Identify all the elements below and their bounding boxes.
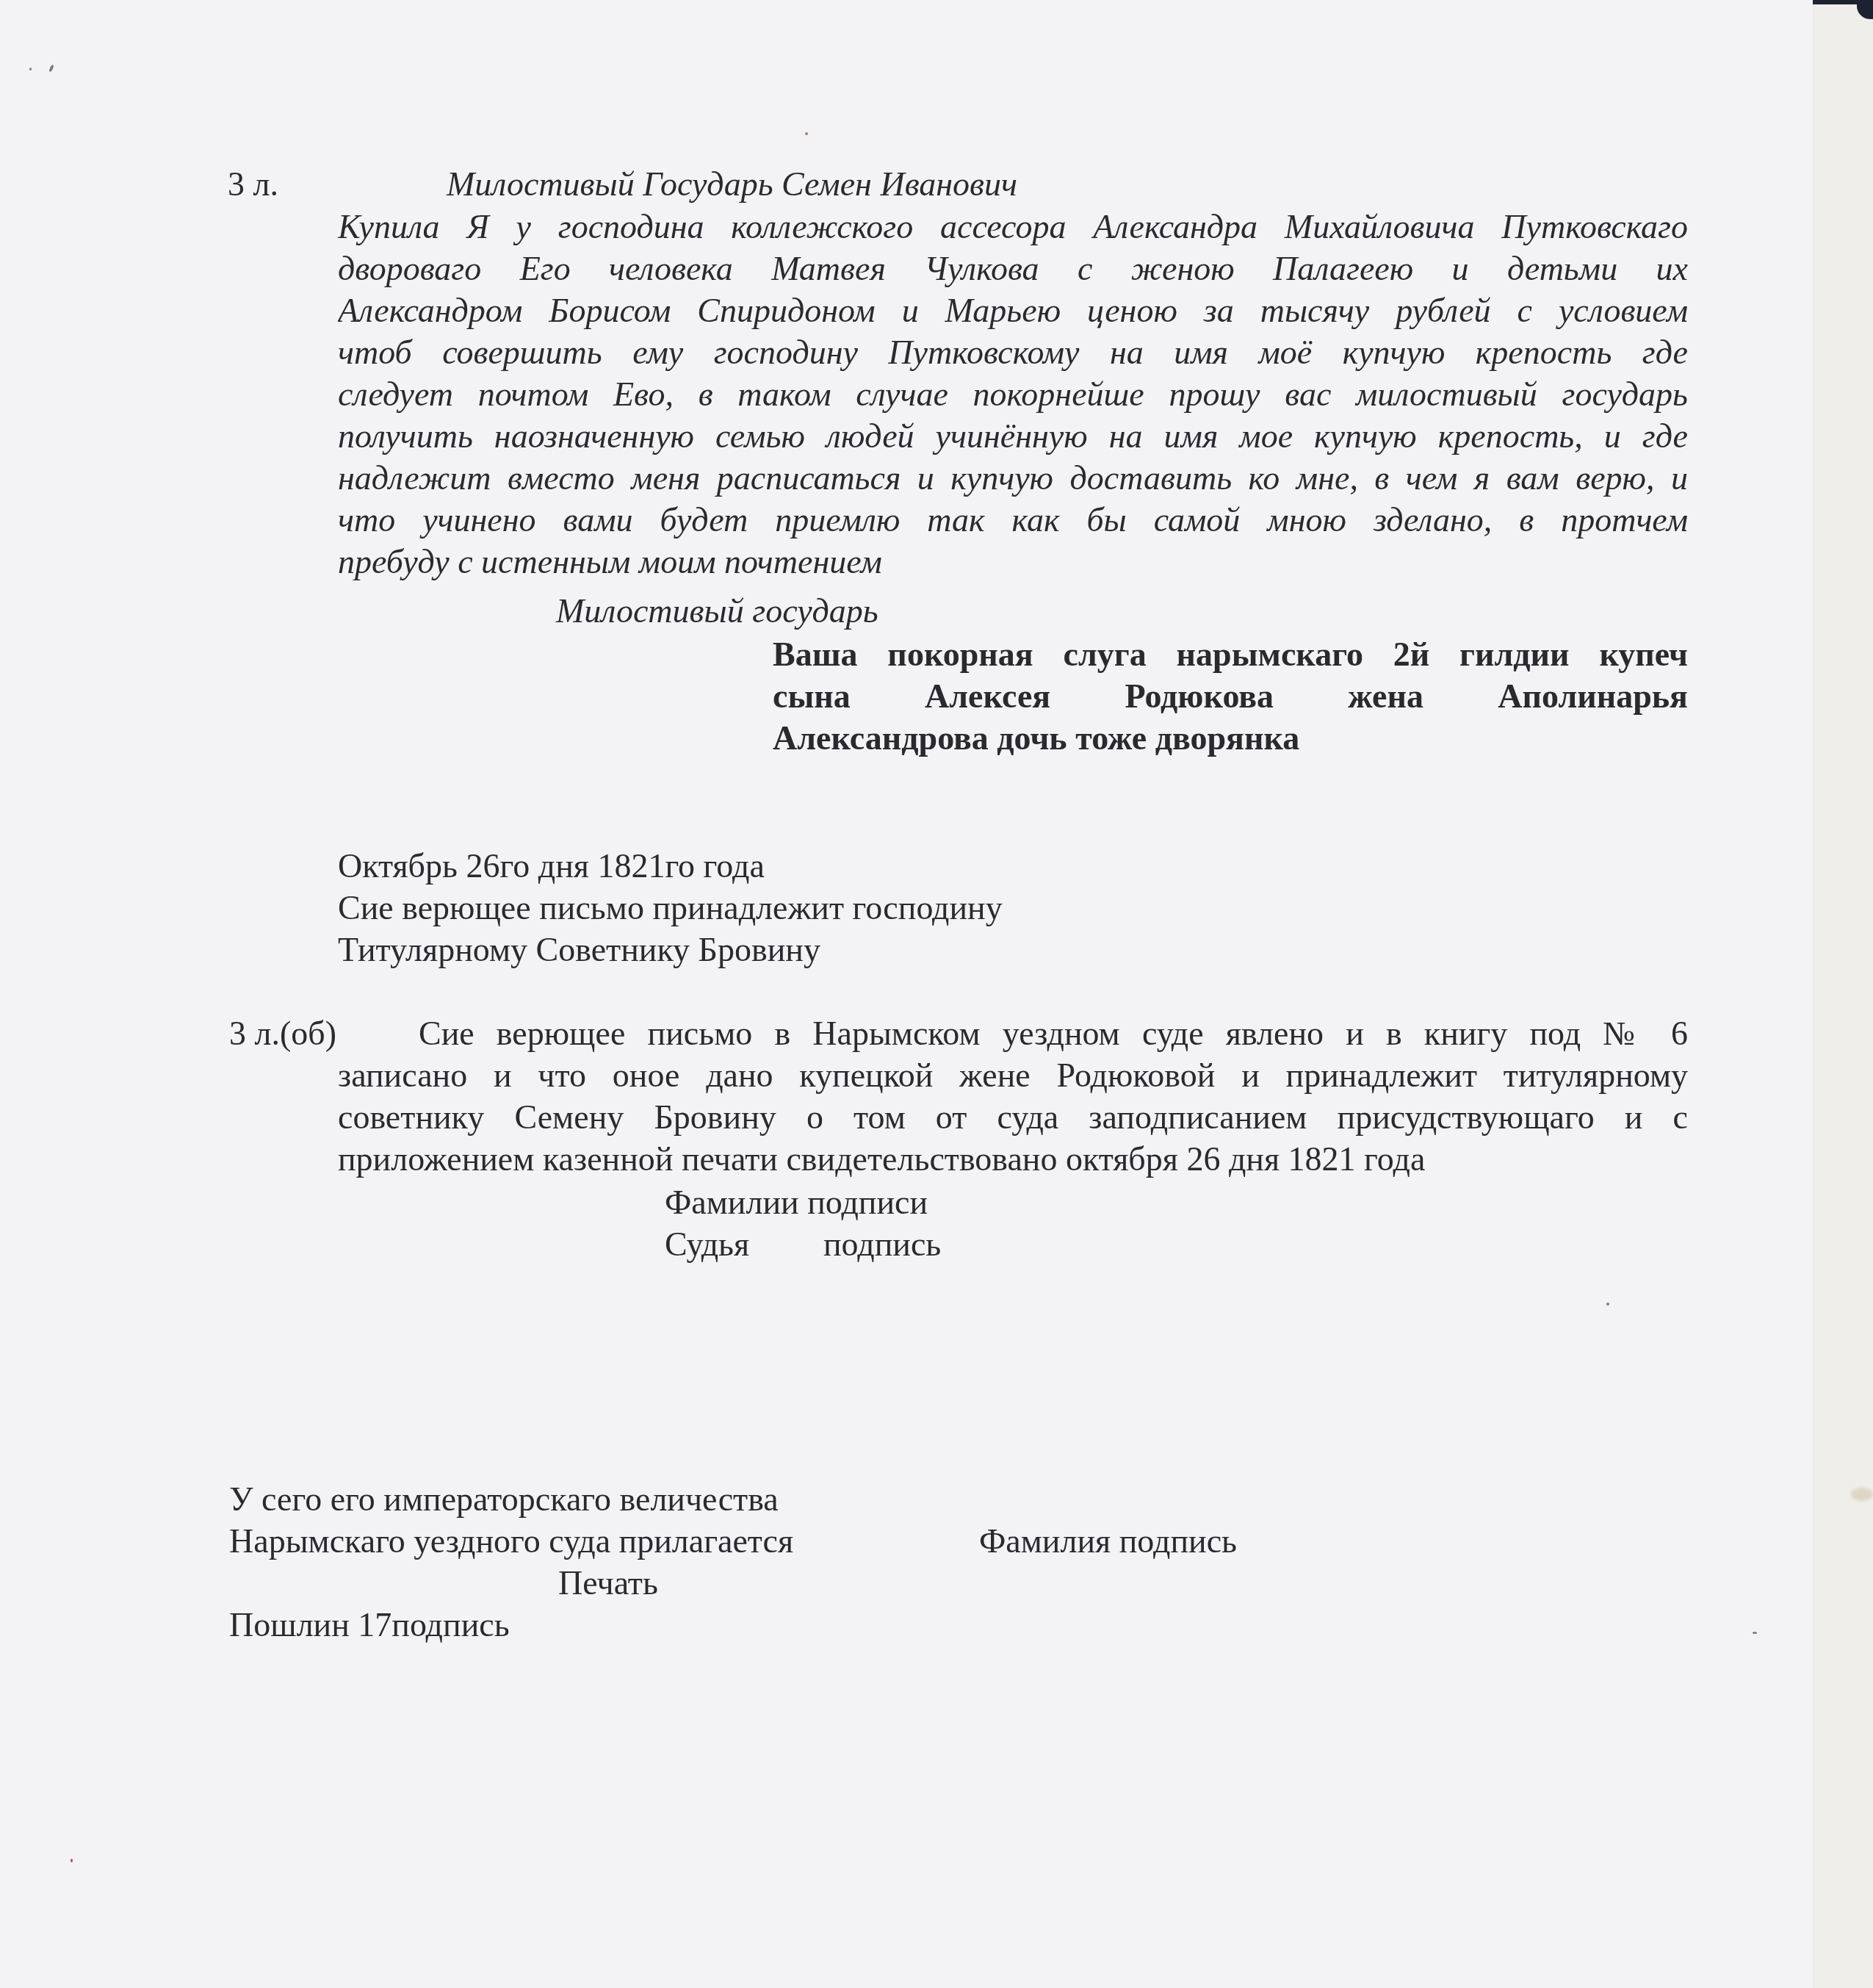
footer-signature: Фамилия подпись (979, 1520, 1237, 1562)
footer-line-1: У сего его императорскаго величества (229, 1478, 779, 1520)
scan-edge-strip (1813, 0, 1873, 1988)
letter-line: надлежит вместо меня расписаться и купчу… (338, 457, 1688, 499)
speck (1753, 1632, 1757, 1634)
fee-line: Пошлин 17подпись (229, 1604, 510, 1646)
letter-line: получить наозначенную семью людей учинён… (338, 415, 1688, 457)
ownership-line: Сие верющее письмо принадлежит господину (338, 887, 1003, 929)
record-line: приложением казенной печати свидетельств… (338, 1138, 1688, 1180)
speck (1606, 1303, 1609, 1305)
folio-label-verso: 3 л.(об) (229, 1012, 336, 1054)
record-line: записано и что оное дано купецкой жене Р… (338, 1054, 1688, 1096)
footer-line-2: Нарымскаго уездного суда прилагается (229, 1520, 793, 1562)
judge-label: Судья (665, 1223, 749, 1265)
letter-line: двороваго Его человека Матвея Чулкова с … (338, 248, 1688, 289)
date-line: Октябрь 26го дня 1821го года (338, 845, 765, 887)
letter-line: Александром Борисом Спиридоном и Марьею … (338, 289, 1688, 331)
signature-line: Александрова дочь тоже дворянка (773, 717, 1688, 759)
letter-line: пребуду с истенным моим почтением (338, 541, 1688, 583)
record-line: советнику Семену Бровину о том от суда з… (338, 1096, 1688, 1138)
paper-stain (1851, 1488, 1873, 1501)
speck (29, 68, 32, 71)
letter-line: что учинено вами будет приемлю так как б… (338, 499, 1688, 541)
salutation: Милостивый Государь Семен Иванович (447, 163, 1017, 205)
court-record-body: Сие верющее письмо в Нарымском уездном с… (338, 1012, 1688, 1180)
speck (805, 132, 808, 135)
folio-label: 3 л. (228, 163, 278, 205)
signature-block: Ваша покорная слуга нарымскаго 2й гилдии… (773, 633, 1688, 759)
speck (71, 1859, 73, 1862)
recipient-line: Титулярному Советнику Бровину (338, 929, 820, 970)
judge-signature: подпись (823, 1223, 941, 1265)
closing: Милостивый государь (556, 590, 878, 632)
letter-line: следует почтом Ево, в таком случае покор… (338, 373, 1688, 415)
record-line: Сие верющее письмо в Нарымском уездном с… (338, 1012, 1688, 1054)
speck (48, 65, 54, 73)
letter-line: чтоб совершить ему господину Путковскому… (338, 331, 1688, 373)
surnames-signatures: Фамилии подписи (665, 1181, 928, 1223)
letter-line: Купила Я у господина коллежского ассесор… (338, 206, 1688, 248)
seal-label: Печать (558, 1562, 658, 1604)
letter-body: Купила Я у господина коллежского ассесор… (338, 206, 1688, 583)
signature-line: Ваша покорная слуга нарымскаго 2й гилдии… (773, 633, 1688, 675)
signature-line: сына Алексея Родюкова жена Аполинарья (773, 675, 1688, 717)
scan-corner-shadow (1813, 0, 1873, 4)
